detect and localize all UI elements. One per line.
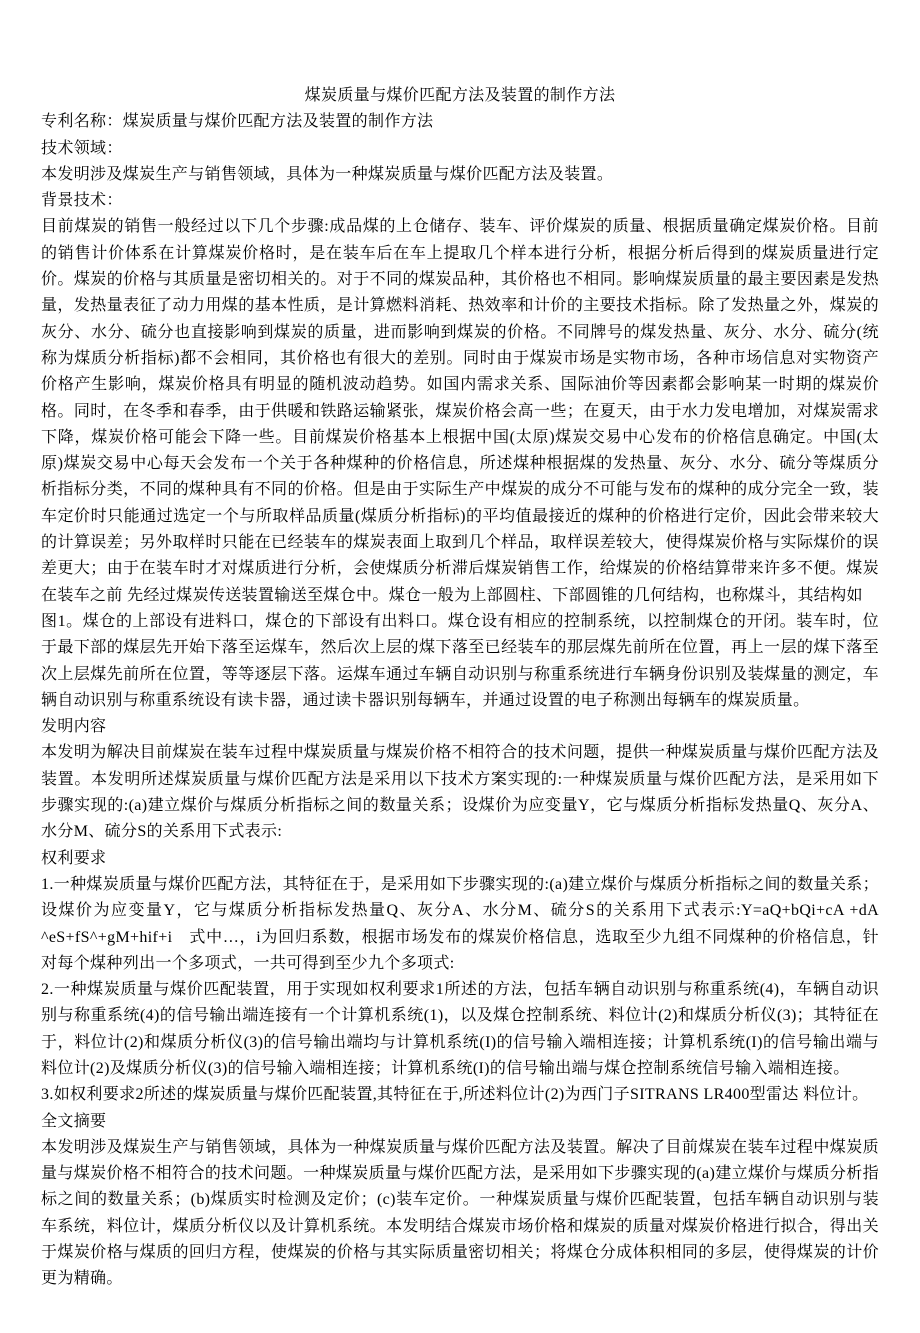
paragraph-background-art-2: 图1。煤仓的上部设有进料口，煤仓的下部设有出料口。煤仓设有相应的控制系统，以控制…: [41, 609, 879, 714]
paragraph-abstract: 本发明涉及煤炭生产与销售领域，具体为一种煤炭质量与煤价匹配方法及装置。解决了目前…: [41, 1135, 879, 1293]
document-title: 煤炭质量与煤价匹配方法及装置的制作方法: [41, 83, 879, 109]
paragraph-technical-field: 本发明涉及煤炭生产与销售领域，具体为一种煤炭质量与煤价匹配方法及装置。: [41, 162, 879, 188]
section-heading-abstract: 全文摘要: [41, 1109, 879, 1135]
section-heading-invention-content: 发明内容: [41, 714, 879, 740]
section-heading-claims: 权利要求: [41, 846, 879, 872]
section-claims: 权利要求 1.一种煤炭质量与煤价匹配方法，其特征在于，是采用如下步骤实现的:(a…: [41, 846, 879, 1109]
claim-1: 1.一种煤炭质量与煤价匹配方法，其特征在于，是采用如下步骤实现的:(a)建立煤价…: [41, 872, 879, 977]
section-technical-field: 技术领域： 本发明涉及煤炭生产与销售领域，具体为一种煤炭质量与煤价匹配方法及装置…: [41, 136, 879, 189]
claim-3: 3.如权利要求2所述的煤炭质量与煤价匹配装置,其特征在于,所述料位计(2)为西门…: [41, 1082, 879, 1108]
section-invention-content: 发明内容 本发明为解决目前煤炭在装车过程中煤炭质量与煤炭价格不相符合的技术问题，…: [41, 714, 879, 845]
patent-name-line: 专利名称：煤炭质量与煤价匹配方法及装置的制作方法: [41, 109, 879, 135]
claim-2: 2.一种煤炭质量与煤价匹配装置，用于实现如权利要求1所述的方法，包括车辆自动识别…: [41, 977, 879, 1082]
section-heading-technical-field: 技术领域：: [41, 136, 879, 162]
patent-document-page: 煤炭质量与煤价匹配方法及装置的制作方法 专利名称：煤炭质量与煤价匹配方法及装置的…: [0, 0, 920, 1333]
paragraph-invention-content: 本发明为解决目前煤炭在装车过程中煤炭质量与煤炭价格不相符合的技术问题，提供一种煤…: [41, 740, 879, 845]
section-heading-background-art: 背景技术：: [41, 188, 879, 214]
section-abstract: 全文摘要 本发明涉及煤炭生产与销售领域，具体为一种煤炭质量与煤价匹配方法及装置。…: [41, 1109, 879, 1293]
section-background-art: 背景技术： 目前煤炭的销售一般经过以下几个步骤:成品煤的上仓储存、装车、评价煤炭…: [41, 188, 879, 714]
paragraph-background-art-1: 目前煤炭的销售一般经过以下几个步骤:成品煤的上仓储存、装车、评价煤炭的质量、根据…: [41, 214, 879, 608]
